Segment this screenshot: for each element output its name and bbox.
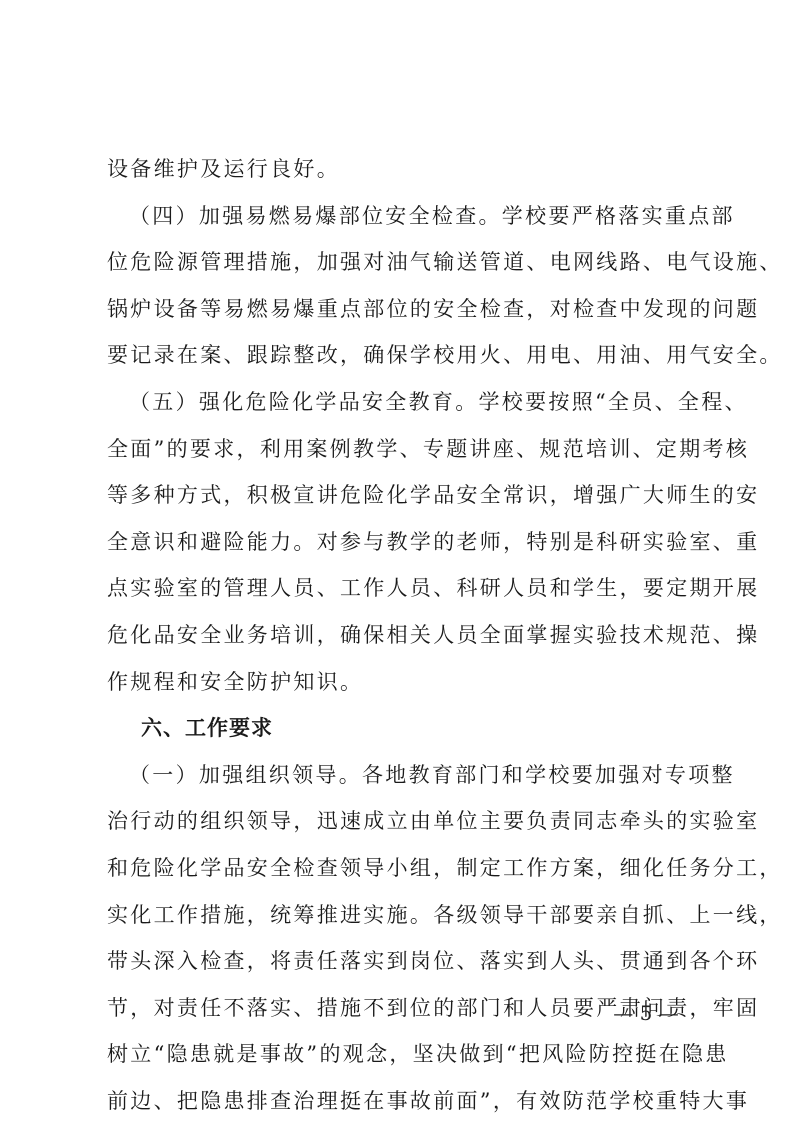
text-line: 前边、把隐患排查治理挺在事故前面”，有效防范学校重特大事 xyxy=(107,1078,691,1122)
text-line: 要记录在案、跟踪整改，确保学校用火、用电、用油、用气安全。 xyxy=(107,332,691,379)
text-line: （四）加强易燃易爆部位安全检查。学校要严格落实重点部 xyxy=(107,193,691,240)
text-line: 实化工作措施，统筹推进实施。各级领导干部要亲自抓、上一线， xyxy=(107,892,691,939)
text-line: 点实验室的管理人员、工作人员、科研人员和学生，要定期开展 xyxy=(107,565,691,612)
text-line: 作规程和安全防护知识。 xyxy=(107,659,691,706)
page-number: — 5 — xyxy=(606,1001,686,1025)
text-line: 等多种方式，积极宣讲危险化学品安全常识，增强广大师生的安 xyxy=(107,472,691,519)
text-line: 治行动的组织领导，迅速成立由单位主要负责同志牵头的实验室 xyxy=(107,798,691,845)
text-line: （五）强化危险化学品安全教育。学校要按照“全员、全程、 xyxy=(107,379,691,426)
section-heading: 六、工作要求 xyxy=(107,705,691,752)
text-line: 和危险化学品安全检查领导小组，制定工作方案，细化任务分工， xyxy=(107,845,691,892)
text-line: 全面”的要求，利用案例教学、专题讲座、规范培训、定期考核 xyxy=(107,426,691,473)
text-line: 危化品安全业务培训，确保相关人员全面掌握实验技术规范、操 xyxy=(107,612,691,659)
text-line: 全意识和避险能力。对参与教学的老师，特别是科研实验室、重 xyxy=(107,519,691,566)
text-line: 节，对责任不落实、措施不到位的部门和人员要严肃问责，牢固 xyxy=(107,985,691,1032)
text-line: （一）加强组织领导。各地教育部门和学校要加强对专项整 xyxy=(107,752,691,799)
text-line: 树立“隐患就是事故”的观念，坚决做到“把风险防控挺在隐患 xyxy=(107,1031,691,1078)
document-page: 设备维护及运行良好。 （四）加强易燃易爆部位安全检查。学校要严格落实重点部 位危… xyxy=(0,0,793,1122)
text-line: 锅炉设备等易燃易爆重点部位的安全检查，对检查中发现的问题 xyxy=(107,286,691,333)
text-line: 位危险源管理措施，加强对油气输送管道、电网线路、电气设施、 xyxy=(107,239,691,286)
text-line: 设备维护及运行良好。 xyxy=(107,146,691,193)
text-line: 带头深入检查，将责任落实到岗位、落实到人头、贯通到各个环 xyxy=(107,938,691,985)
body-text: 设备维护及运行良好。 （四）加强易燃易爆部位安全检查。学校要严格落实重点部 位危… xyxy=(107,146,691,1122)
